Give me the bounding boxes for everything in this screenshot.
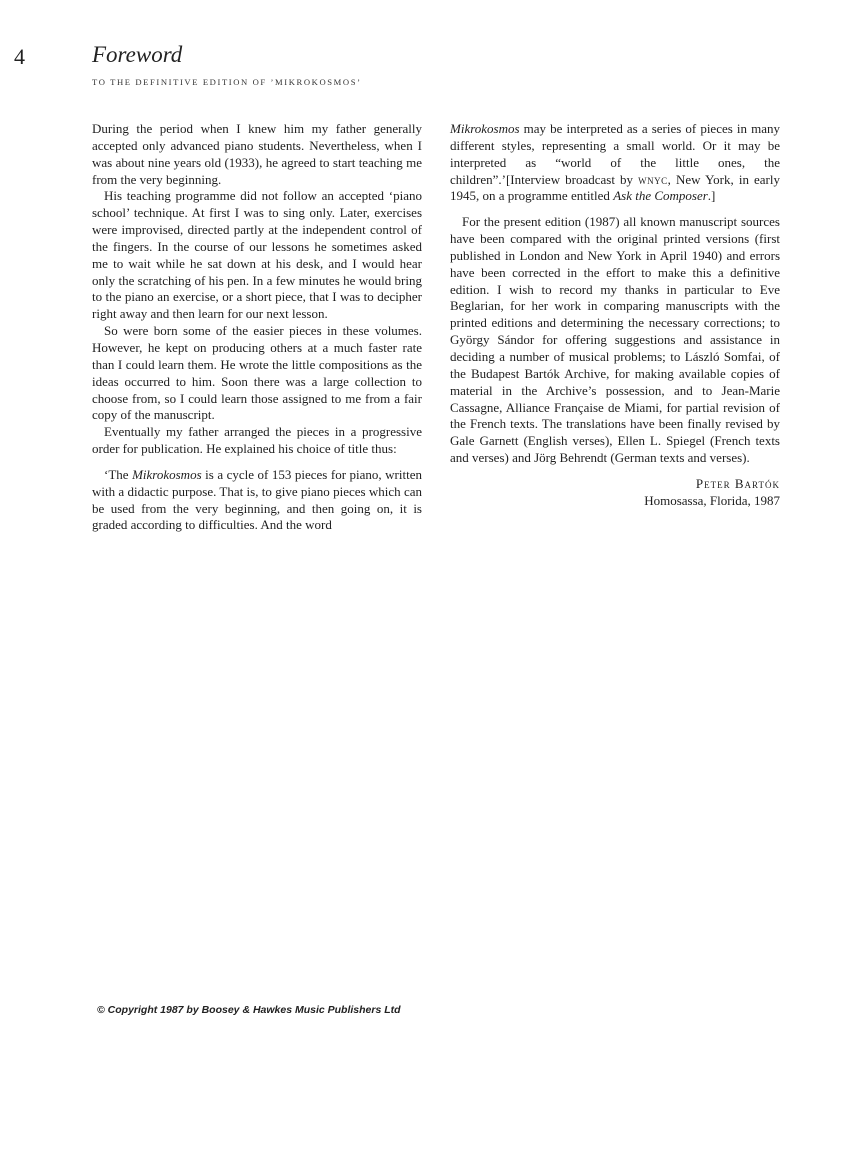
signature-place: Homosassa, Florida, 1987	[450, 493, 780, 510]
page-subtitle: to the definitive edition of ’mikrokosmo…	[92, 77, 362, 87]
station-name: wnyc	[638, 172, 668, 187]
signature-name: Peter Bartók	[450, 476, 780, 493]
left-column: During the period when I knew him my fat…	[92, 121, 422, 534]
paragraph: His teaching programme did not follow an…	[92, 188, 422, 323]
paragraph: So were born some of the easier pieces i…	[92, 323, 422, 424]
page-title: Foreword	[92, 42, 182, 68]
signature: Peter Bartók Homosassa, Florida, 1987	[450, 476, 780, 510]
page-number: 4	[14, 44, 25, 70]
copyright-notice: © Copyright 1987 by Boosey & Hawkes Musi…	[97, 1004, 401, 1016]
citation-open: [Interview broadcast by	[506, 172, 638, 187]
right-column: Mikrokosmos may be interpreted as a seri…	[450, 121, 780, 510]
citation-close: .]	[708, 188, 716, 203]
paragraph: Eventually my father arranged the pieces…	[92, 424, 422, 458]
quote-paragraph: ‘The Mikrokosmos is a cycle of 153 piece…	[92, 467, 422, 534]
programme-title: Ask the Composer	[613, 188, 708, 203]
quote-continuation: Mikrokosmos may be interpreted as a seri…	[450, 121, 780, 205]
paragraph: For the present edition (1987) all known…	[450, 214, 780, 467]
paragraph: During the period when I knew him my fat…	[92, 121, 422, 188]
quote-open: ‘The	[104, 467, 132, 482]
work-title: Mikrokosmos	[132, 467, 202, 482]
work-title: Mikrokosmos	[450, 121, 520, 136]
